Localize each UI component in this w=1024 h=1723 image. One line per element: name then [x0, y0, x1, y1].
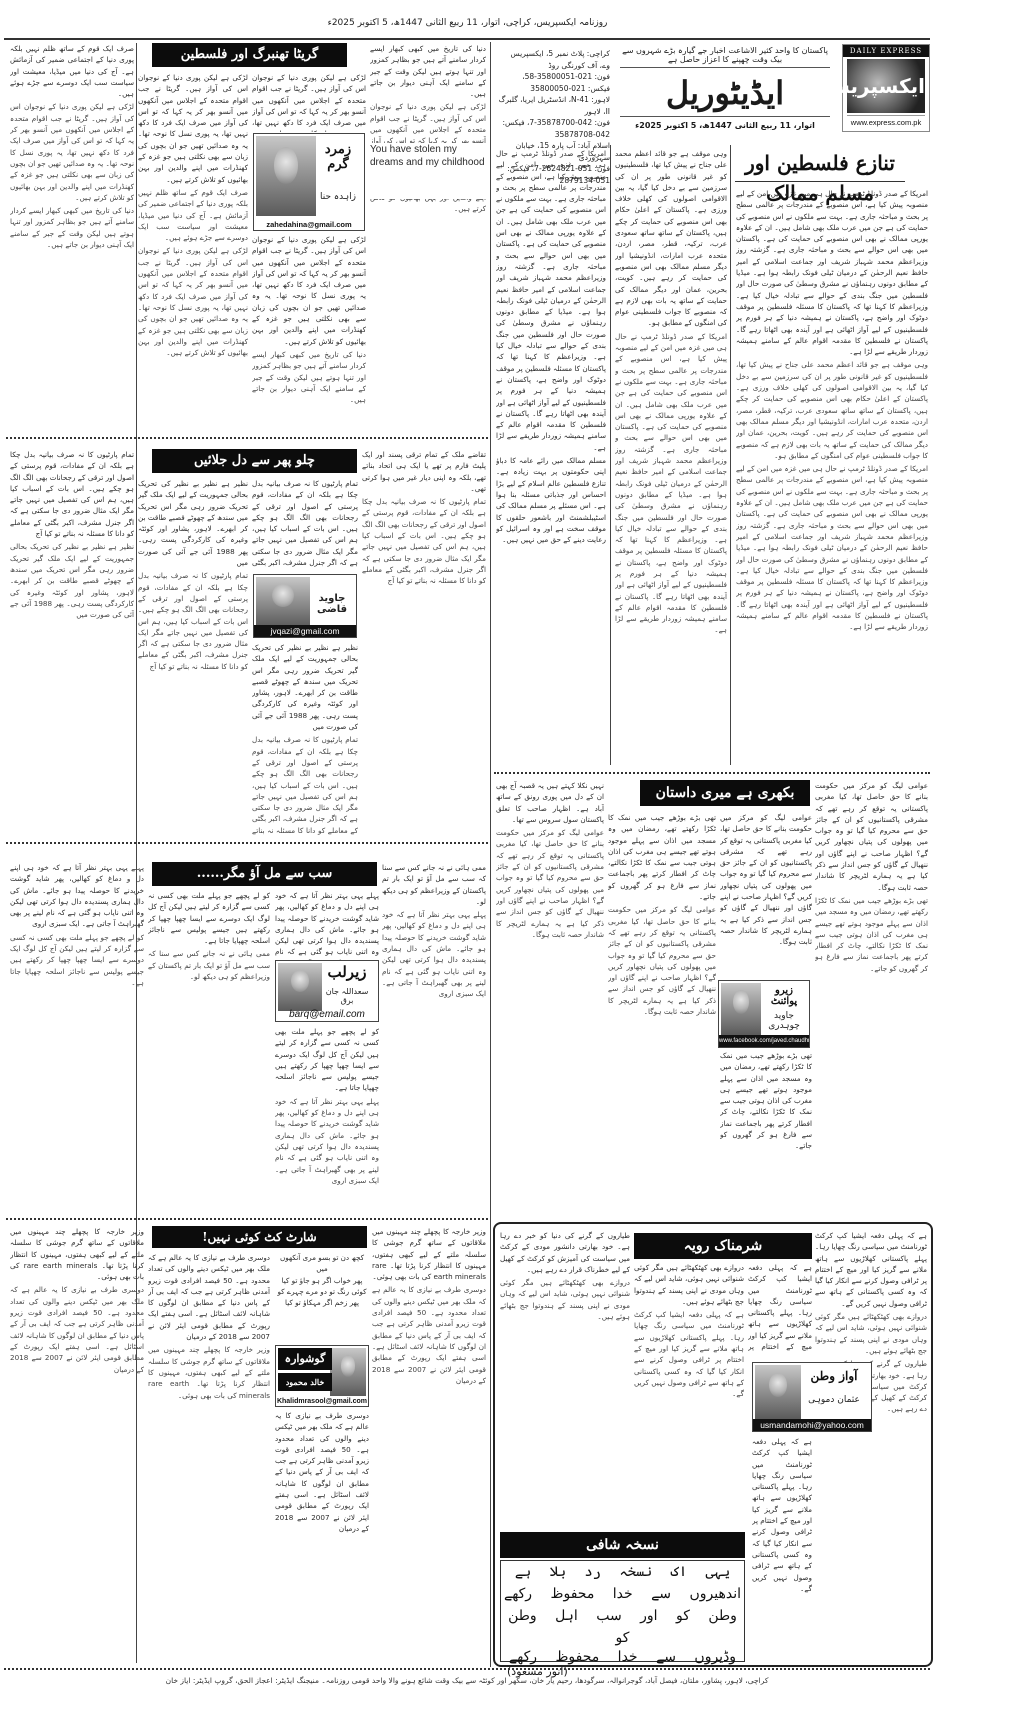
- sharmnak-column-4: طیاروں کے گرنے کی دنیا کو خبر دے رہا ہے۔…: [500, 1230, 630, 1502]
- article-text: صرف ایک قوم کے ساتھ ظلم نہیں بلکہ پوری د…: [138, 187, 248, 243]
- masthead: DAILY EXPRESS ایکسپریس www.express.com.p…: [500, 42, 930, 140]
- article-text: ہے کہ پہلی دفعہ ایشیا کپ کرکٹ ٹورنامنٹ م…: [634, 1309, 744, 1399]
- contact-line: کراچی: پلاٹ نمبر 5، ایکسپریس وے، آف کورن…: [498, 48, 610, 71]
- author-photo: [256, 136, 316, 216]
- column-name: زمرد گرم: [316, 142, 360, 172]
- greta-column-2b: لڑکی ہے لیکن پوری دنیا کے نوجوان اس کی آ…: [252, 234, 366, 430]
- chalo-column-2a: تمام پارٹیوں کا نہ صرف بیانیہ بدل چکا ہے…: [252, 478, 358, 570]
- shortcut-column-4: وزیر خارجہ کا پچھلے چند مہینوں میں ملاقا…: [10, 1226, 144, 1662]
- column-rule: [610, 145, 611, 765]
- sab-column-2a: پہلے یہی بہتر نظر آتا ہے کہ خود ہی اپنے …: [275, 890, 379, 960]
- poem-line: یہی اک نسخہ رد بلا ہے: [501, 1561, 744, 1583]
- editorial-column-3: امریکا کے صدر ڈونلڈ ٹرمپ نے حال ہی میں غ…: [496, 148, 606, 760]
- section-title: ایڈیٹوریل: [620, 68, 830, 117]
- author-email[interactable]: Khalidmrasool@gmail.com: [276, 1398, 368, 1405]
- article-text: دنیا کی تاریخ میں کبھی کبھار ایسے کردار …: [370, 43, 486, 99]
- editorial-lead-cont: وہی موقف ہے جو قائد اعظم محمد علی جناح ن…: [736, 359, 928, 461]
- contact-line: فون: 042-35878700-7، فیکس: 042-35878708: [498, 117, 610, 140]
- sharmnak-column-2b: ہے کہ پہلی دفعہ ایشیا کپ کرکٹ ٹورنامنٹ م…: [752, 1436, 812, 1662]
- article-text: نظیر ہے نظیر بے نظیر کی تحریک بحالی جمہو…: [138, 478, 248, 568]
- author-link[interactable]: www.facebook.com/javed.chaudhry: [719, 1035, 809, 1047]
- article-text: دروازے بھی کھٹکھٹائے ہیں مگر کوئی شنوائی…: [815, 1311, 927, 1356]
- article-text: صرف ایک قوم کے ساتھ ظلم نہیں بلکہ پوری د…: [10, 43, 134, 99]
- article-text: دنیا کی تاریخ میں کبھی کبھار ایسے کردار …: [252, 349, 366, 405]
- poem-line: پھر زخم اگر مہکاؤ تو کیا: [275, 1297, 369, 1308]
- article-text: ممی ہائی نے نہ جانے کس سے سنا کہ سب سے م…: [148, 948, 270, 982]
- article-text: پہلے یہی بہتر نظر آتا ہے کہ خود ہی اپنے …: [382, 909, 486, 999]
- article-text: تھی بڑے بوڑھے جیب میں نمک کا ٹکڑا رکھتے …: [608, 812, 716, 902]
- article-text: تھی بڑے بوڑھے جیب میں نمک کا ٹکڑا رکھتے …: [815, 895, 928, 974]
- sharmnak-column-3: دروازے بھی کھٹکھٹائے ہیں مگر کوئی شنوائی…: [634, 1262, 744, 1502]
- author-email[interactable]: barq@email.com: [276, 1009, 378, 1020]
- greta-column-4: صرف ایک قوم کے ساتھ ظلم نہیں بلکہ پوری د…: [10, 43, 134, 431]
- article-text: پہلے یہی بہتر نظر آتا ہے کہ خود ہی اپنے …: [10, 862, 144, 930]
- article-text: پہلے یہی بہتر نظر آتا ہے کہ خود ہی اپنے …: [275, 1096, 379, 1186]
- article-text: دروازے بھی کھٹکھٹائے ہیں مگر کوئی شنوائی…: [500, 1277, 630, 1322]
- chalo-column-4: تمام پارٹیوں کا نہ صرف بیانیہ بدل چکا ہے…: [10, 449, 134, 835]
- byline-khalid-mehmood-rasool: گوشوارہ خالد محمود رسول Khalidmrasool@gm…: [275, 1345, 369, 1407]
- article-text: عوامی لیگ کو مرکز میں حکومت بنانے کا حق …: [815, 780, 928, 893]
- column-name: زیرلب: [320, 963, 374, 981]
- sab-column-3: کو لے پچھے جو پہلے ملت بھی کسی نہ کسی سے…: [148, 890, 270, 1212]
- byline-javed-chaudhry: زیرو پوائنٹ جاوید چوہدری www.facebook.co…: [718, 980, 810, 1048]
- author-name: خالد محمود رسول: [278, 1373, 332, 1391]
- page-top-line: روزنامہ ایکسپریس، کراچی، اتوار، 11 ربیع …: [0, 18, 935, 34]
- article-banner-sab-se-mil: سب سے مل آؤ مگر......: [152, 862, 377, 886]
- column-name: آواز وطن: [801, 1369, 867, 1383]
- sab-column-2b: کو لے پچھے جو پہلے ملت بھی کسی نہ کسی سے…: [275, 1026, 379, 1212]
- editorial-text: مسلم ممالک میں رائے عامہ کا دباؤ اپنی حک…: [496, 455, 606, 545]
- section-divider: [494, 772, 930, 775]
- shortcut-column-3: دوسری طرف بے نیازی کا یہ عالم ہے کہ ملک …: [148, 1252, 270, 1662]
- greta-column-3: لڑکی ہے لیکن پوری دنیا کے نوجوان اس کی آ…: [138, 72, 248, 430]
- article-text: عوامی لیگ کو مرکز میں حکومت بنانے کا حق …: [720, 812, 812, 948]
- bikhri-column-4: نہیں نکلا کہتے ہیں یہ قصبہ آج بھی ان کے …: [496, 780, 604, 1210]
- article-text: دوسری طرف بے نیازی کا یہ عالم ہے کہ ملک …: [148, 1252, 270, 1342]
- editorial-text: امریکا کے صدر ڈونلڈ ٹرمپ نے حال ہی میں غ…: [496, 148, 606, 453]
- article-text: دنیا کی تاریخ میں کبھی کبھار ایسے کردار …: [10, 205, 134, 250]
- greta-column-1: دنیا کی تاریخ میں کبھی کبھار ایسے کردار …: [370, 43, 486, 431]
- section-divider: [6, 437, 488, 440]
- section-divider: [6, 842, 488, 845]
- author-email[interactable]: usmandamohi@yahoo.com: [753, 1419, 871, 1431]
- chalo-column-3: نظیر ہے نظیر بے نظیر کی تحریک بحالی جمہو…: [138, 478, 248, 835]
- article-text: عوامی لیگ کو مرکز میں حکومت بنانے کا حق …: [608, 904, 716, 1017]
- bikhri-column-3: تھی بڑے بوڑھے جیب میں نمک کا ٹکڑا رکھتے …: [608, 812, 716, 1210]
- article-text: دوسری طرف بے نیازی کا یہ عالم ہے کہ ملک …: [372, 1284, 486, 1386]
- author-name: جاوید چوہدری: [761, 1011, 807, 1031]
- editorial-column-1: امریکا کے صدر ڈونلڈ ٹرمپ نے حال ہی میں غ…: [736, 188, 928, 738]
- author-email[interactable]: jvqazi@gmail.com: [254, 625, 356, 637]
- contact-line: فون: 021-35800051-58، فیکس: 021-35800050: [498, 71, 610, 94]
- article-text: لڑکی ہے لیکن پوری دنیا کے نوجوان اس کی آ…: [138, 72, 248, 185]
- shortcut-column-2b: دوسری طرف بے نیازی کا یہ عالم ہے کہ ملک …: [275, 1410, 369, 1662]
- article-text: نہیں نکلا کہتے ہیں یہ قصبہ آج بھی ان کے …: [496, 780, 604, 825]
- article-text: کو لے پچھے جو پہلے ملت بھی کسی نہ کسی سے…: [148, 890, 270, 946]
- article-text: ہے کہ پہلی دفعہ ایشیا کپ کرکٹ ٹورنامنٹ م…: [815, 1230, 927, 1309]
- article-text: وزیر خارجہ کا پچھلے چند مہینوں میں ملاقا…: [372, 1226, 486, 1282]
- article-text: وزیر خارجہ کا پچھلے چند مہینوں میں ملاقا…: [10, 1226, 144, 1282]
- article-text: نظیر ہے نظیر بے نظیر کی تحریک بحالی جمہو…: [252, 642, 358, 732]
- article-text: ہے کہ پہلی دفعہ ایشیا کپ کرکٹ ٹورنامنٹ م…: [748, 1262, 812, 1354]
- author-name: جاوید قاضی: [310, 593, 354, 615]
- center-divider: [490, 42, 491, 1667]
- newspaper-page: روزنامہ ایکسپریس، کراچی، اتوار، 11 ربیع …: [0, 0, 935, 1723]
- article-text: عوامی لیگ کو مرکز میں حکومت بنانے کا حق …: [496, 827, 604, 940]
- column-rule: [730, 145, 731, 765]
- article-text: تمام پارٹیوں کا نہ صرف بیانیہ بدل چکا ہے…: [10, 449, 134, 539]
- author-email[interactable]: zahedahina@gmail.com: [254, 220, 364, 229]
- column-name: گوشوارہ: [278, 1348, 332, 1370]
- article-banner-bikhri: بکھری ہے میری داستان: [640, 780, 810, 806]
- article-text: دوسری طرف بے نیازی کا یہ عالم ہے کہ ملک …: [10, 1284, 144, 1374]
- article-text: لڑکی ہے لیکن پوری دنیا کے نوجوان اس کی آ…: [138, 245, 248, 358]
- editorial-column-2: وہی موقف ہے جو قائد اعظم محمد علی جناح ن…: [615, 148, 727, 760]
- article-banner-sharmnak: شرمناک رویہ: [634, 1233, 812, 1259]
- article-text: لڑکی ہے لیکن پوری دنیا کے نوجوان اس کی آ…: [10, 101, 134, 203]
- byline-zahida-hina: زمرد گرم زاہدہ حنا zahedahina@gmail.com: [253, 133, 365, 231]
- article-text: لڑکی ہے لیکن پوری دنیا کے نوجوان اس کی آ…: [252, 234, 366, 347]
- article-text: تمام پارٹیوں کا نہ صرف بیانیہ بدل چکا ہے…: [362, 496, 486, 586]
- contact-line: لاہور: 41-N، انڈسٹریل ایریا، گلبرگ II، ل…: [498, 94, 610, 117]
- poem-line: وطن کو اور سب اہل وطن کو: [501, 1605, 744, 1649]
- editorial-lead-cont2: امریکا کے صدر ڈونلڈ ٹرمپ نے حال ہی میں غ…: [736, 463, 928, 632]
- poem-line: کچھ دن تو بسو مری آنکھوں میں: [275, 1252, 369, 1275]
- article-text: ممی ہائی نے نہ جانے کس سے سنا کہ سب سے م…: [382, 862, 486, 907]
- sab-column-1: ممی ہائی نے نہ جانے کس سے سنا کہ سب سے م…: [382, 862, 486, 1212]
- article-text: تقاضے ملک کے تمام ترقی پسند اور ایک پلیٹ…: [362, 449, 486, 494]
- poem-line: وڈیروں سے خدا محفوظ رکھے: [501, 1649, 744, 1665]
- article-text: تمام پارٹیوں کا نہ صرف بیانیہ بدل چکا ہے…: [252, 478, 358, 570]
- shortcut-poem: کچھ دن تو بسو مری آنکھوں میں پھر خواب اگ…: [275, 1252, 369, 1344]
- author-photo: [755, 1365, 801, 1419]
- article-text: کو لے پچھے جو پہلے ملت بھی کسی نہ کسی سے…: [10, 932, 144, 988]
- byline-saadullah-jan-barq: زیرلب سعداللہ جان برق barq@email.com: [275, 960, 379, 1022]
- author-name: زاہدہ حنا: [316, 192, 360, 202]
- author-photo: [278, 963, 322, 1011]
- poem-box: یہی اک نسخہ رد بلا ہے اندھیروں سے خدا مح…: [500, 1560, 745, 1662]
- author-photo: [330, 1348, 366, 1396]
- masthead-center: پاکستان کا واحد کثیر الاشاعت اخبار جے گی…: [620, 46, 830, 134]
- poem-line: اندھیروں سے خدا محفوظ رکھے: [501, 1583, 744, 1605]
- poem-line: پھر خواب اگر ہو جاؤ تو کیا: [275, 1275, 369, 1286]
- byline-usman-damohi: آواز وطن عثمان دموہی usmandamohi@yahoo.c…: [752, 1362, 872, 1432]
- article-text: پہلے یہی بہتر نظر آتا ہے کہ خود ہی اپنے …: [275, 890, 379, 960]
- column-rule: [136, 43, 137, 1663]
- sab-column-4: پہلے یہی بہتر نظر آتا ہے کہ خود ہی اپنے …: [10, 862, 144, 1212]
- express-logo[interactable]: DAILY EXPRESS ایکسپریس www.express.com.p…: [842, 44, 930, 132]
- article-text: نظیر ہے نظیر بے نظیر کی تحریک بحالی جمہو…: [10, 541, 134, 620]
- article-banner-greta: گریٹا تھنبرگ اور فلسطین: [152, 43, 347, 67]
- bikhri-column-1: عوامی لیگ کو مرکز میں حکومت بنانے کا حق …: [815, 780, 928, 1210]
- author-photo: [256, 577, 310, 627]
- article-text: وزیر خارجہ کا پچھلے چند مہینوں میں ملاقا…: [148, 1344, 270, 1400]
- editorial-lead: امریکا کے صدر ڈونلڈ ٹرمپ نے حال ہی میں غ…: [736, 188, 928, 357]
- logo-url[interactable]: www.express.com.pk: [847, 115, 925, 127]
- bikhri-column-2b: تھی بڑے بوڑھے جیب میں نمک کا ٹکڑا رکھتے …: [720, 1050, 812, 1210]
- globe-logo-icon: ایکسپریس: [847, 59, 925, 113]
- sharmnak-column-2: ہے کہ پہلی دفعہ ایشیا کپ کرکٹ ٹورنامنٹ م…: [748, 1262, 812, 1354]
- shortcut-column-1: وزیر خارجہ کا پچھلے چند مہینوں میں ملاقا…: [372, 1226, 486, 1662]
- poem-banner-nuskha-shafi: نسخہ شافی: [500, 1532, 745, 1558]
- article-text: کو لے پچھے جو پہلے ملت بھی کسی نہ کسی سے…: [275, 1026, 379, 1094]
- article-text: ہے کہ پہلی دفعہ ایشیا کپ کرکٹ ٹورنامنٹ م…: [752, 1436, 812, 1594]
- english-quote: You have stolen my dreams and my childho…: [370, 143, 486, 199]
- article-banner-shortcut: شارٹ کٹ کوئی نہیں!: [152, 1226, 367, 1248]
- article-text: تھی بڑے بوڑھے جیب میں نمک کا ٹکڑا رکھتے …: [720, 1050, 812, 1152]
- author-name: سعداللہ جان برق: [320, 987, 374, 1005]
- masthead-date: اتوار، 11 ربیع الثانی 1447ھ، 5 اکتوبر 20…: [620, 117, 830, 130]
- article-banner-chalo: چلو پھر سے دل جلائیں: [152, 449, 357, 473]
- masthead-tagline: پاکستان کا واحد کثیر الاشاعت اخبار جے گی…: [620, 46, 830, 68]
- logo-band: DAILY EXPRESS: [843, 45, 929, 57]
- article-text: طیاروں کے گرنے کی دنیا کو خبر دے رہا ہے۔…: [500, 1230, 630, 1275]
- bikhri-column-2: عوامی لیگ کو مرکز میں حکومت بنانے کا حق …: [720, 812, 812, 980]
- article-text: تمام پارٹیوں کا نہ صرف بیانیہ بدل چکا ہے…: [138, 570, 248, 672]
- editorial-headline: تنازع فلسطین اور مسلم ممالک: [735, 148, 905, 182]
- column-name: زیرو پوائنٹ: [761, 985, 807, 1007]
- chalo-column-1: تقاضے ملک کے تمام ترقی پسند اور ایک پلیٹ…: [362, 449, 486, 835]
- byline-javed-qazi: جاوید قاضی jvqazi@gmail.com: [253, 574, 357, 638]
- page-footer: کراچی، لاہور، پشاور، ملتان، فیصل آباد، گ…: [4, 1668, 930, 1685]
- author-name: عثمان دموہی: [801, 1395, 867, 1405]
- chalo-column-2b: نظیر ہے نظیر بے نظیر کی تحریک بحالی جمہو…: [252, 642, 358, 835]
- article-text: دوسری طرف بے نیازی کا یہ عالم ہے کہ ملک …: [275, 1410, 369, 1534]
- section-divider: [6, 1218, 488, 1221]
- author-photo: [721, 983, 761, 1035]
- poem-line: کوئی رنگ تو دو مرے چہرے کو: [275, 1286, 369, 1297]
- article-text: دروازے بھی کھٹکھٹائے ہیں مگر کوئی شنوائی…: [634, 1262, 744, 1307]
- article-text: لڑکی ہے لیکن پوری دنیا کے نوجوان اس کی آ…: [252, 72, 366, 132]
- editorial-text: وہی موقف ہے جو قائد اعظم محمد علی جناح ن…: [615, 148, 727, 329]
- greta-column-2a: لڑکی ہے لیکن پوری دنیا کے نوجوان اس کی آ…: [252, 72, 366, 132]
- article-text: تمام پارٹیوں کا نہ صرف بیانیہ بدل چکا ہے…: [252, 734, 358, 835]
- sharmnak-column-1: ہے کہ پہلی دفعہ ایشیا کپ کرکٹ ٹورنامنٹ م…: [815, 1230, 927, 1662]
- editorial-text: امریکا کے صدر ڈونلڈ ٹرمپ نے حال ہی میں غ…: [615, 331, 727, 636]
- top-rule: [4, 38, 930, 40]
